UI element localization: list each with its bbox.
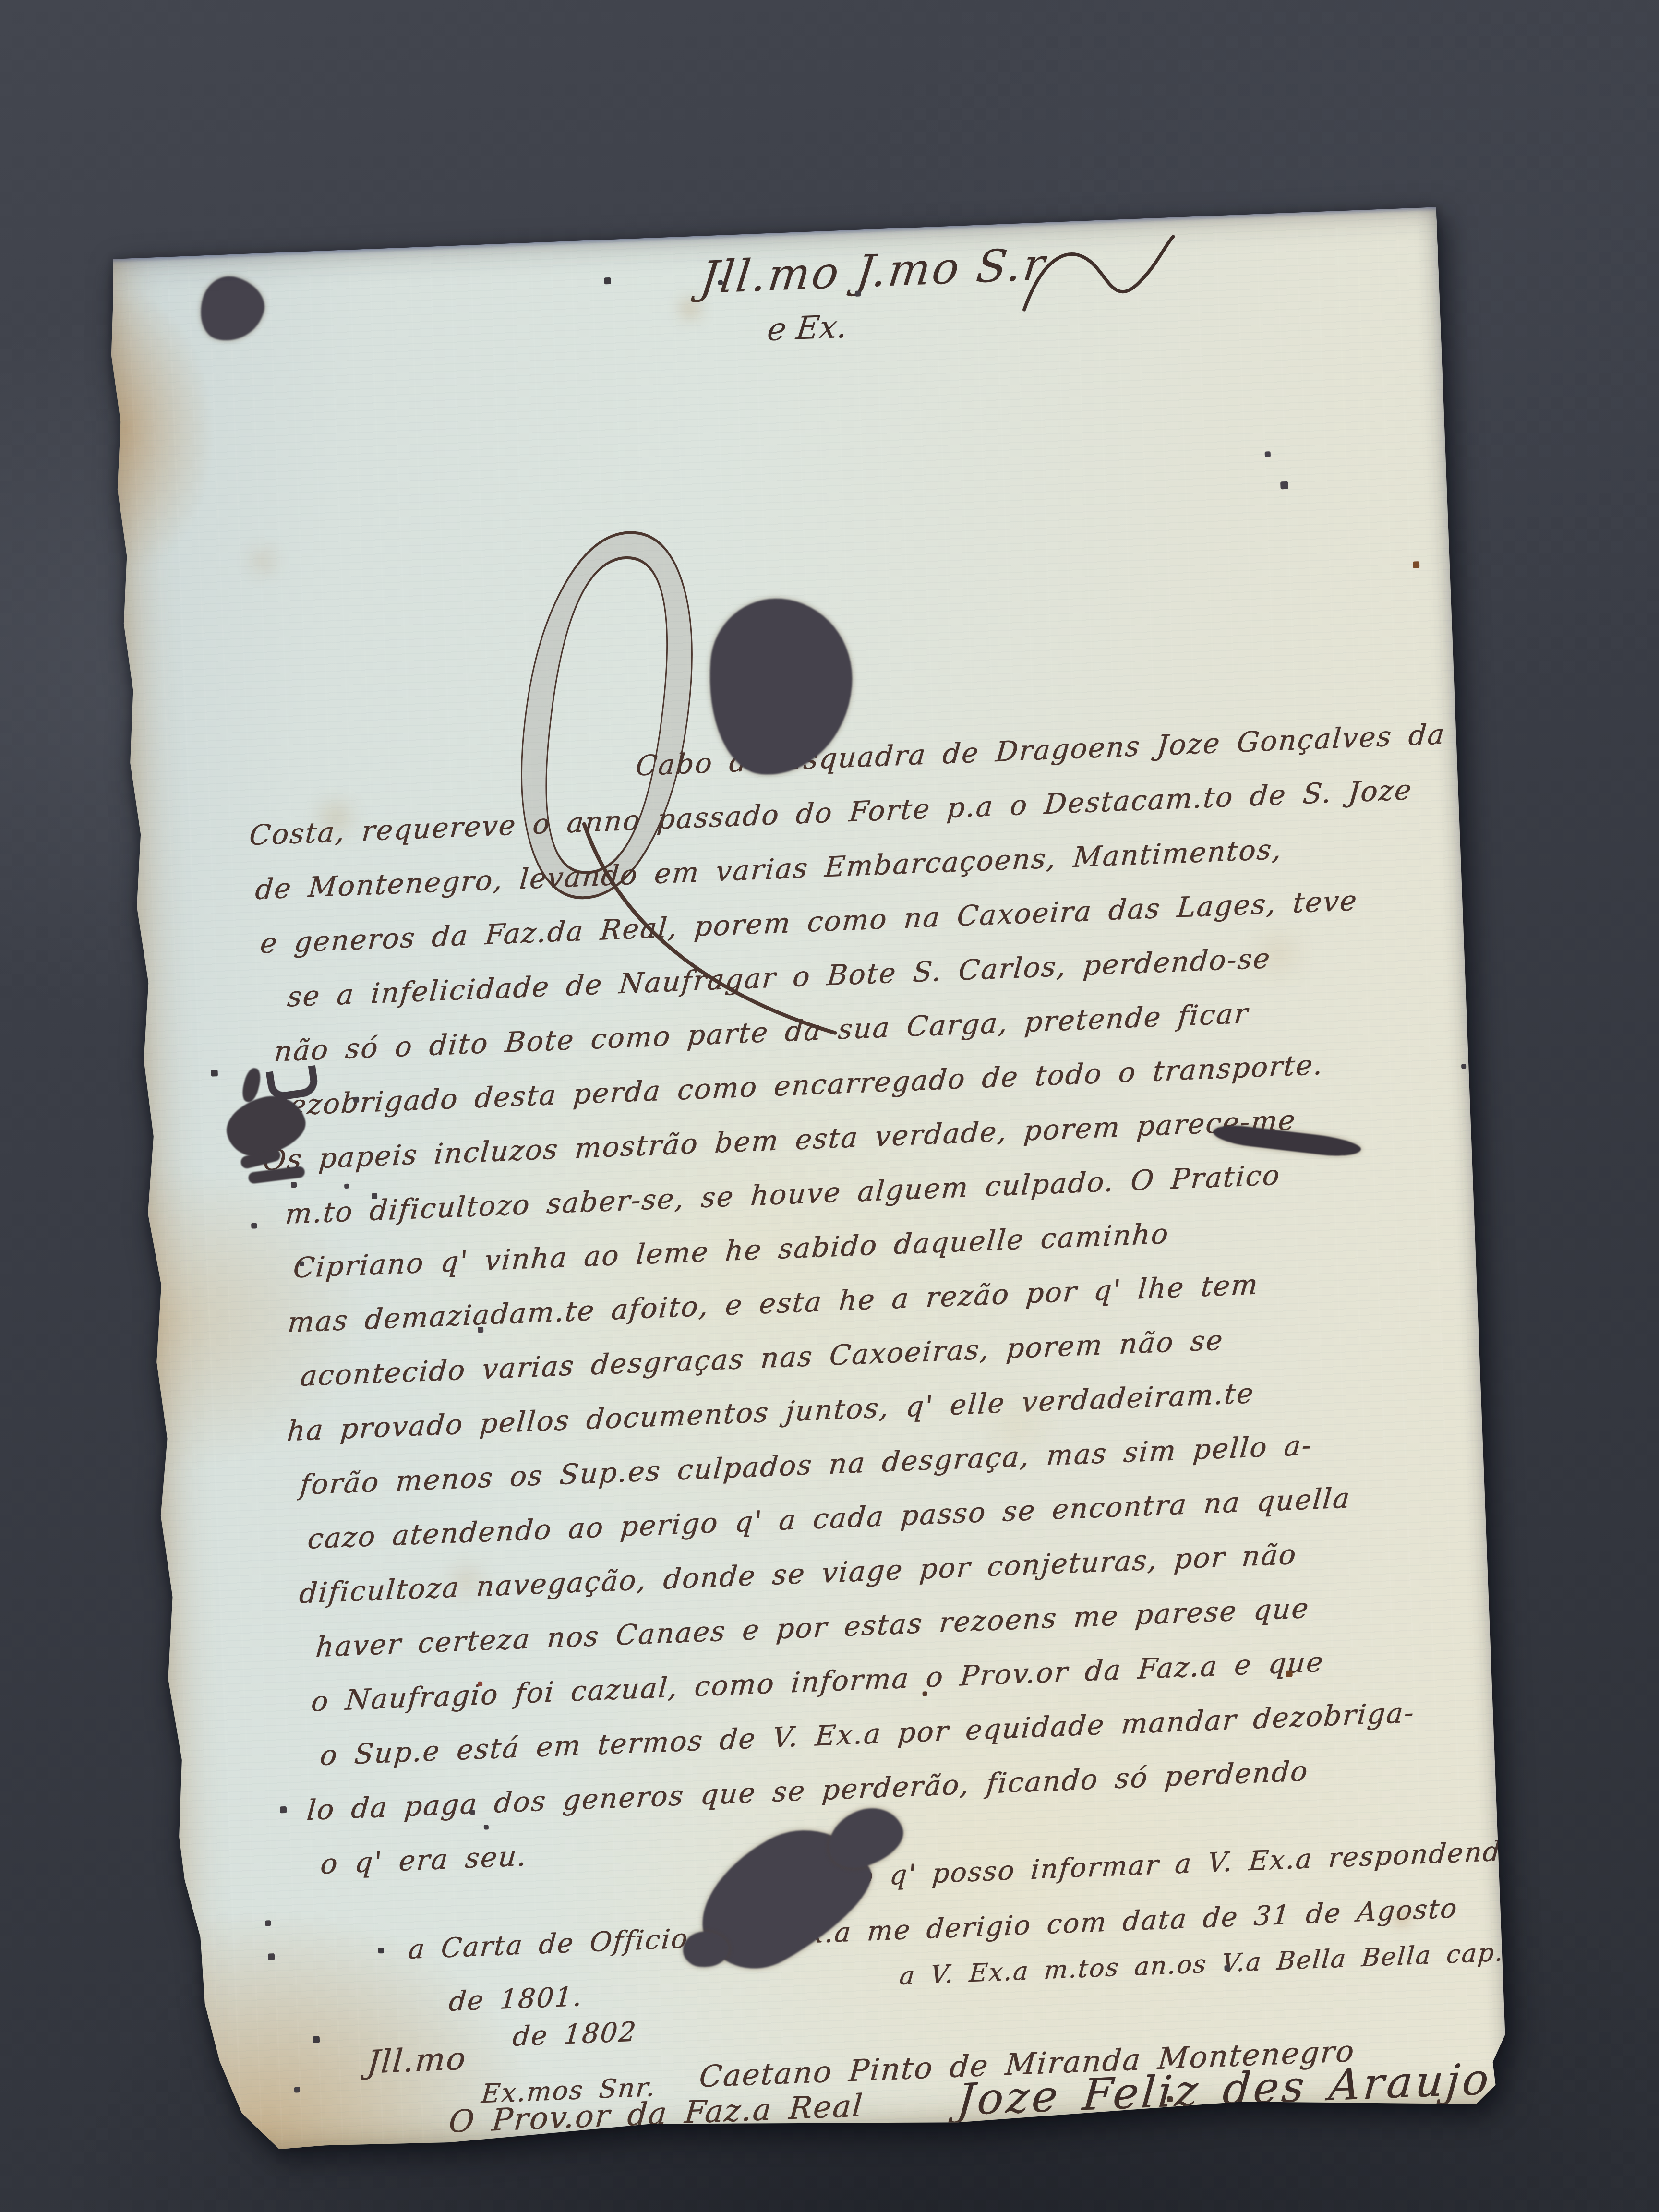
ink-specks bbox=[107, 259, 108, 260]
addressee-honorific-ill: Jll.mo bbox=[366, 2039, 468, 2081]
foxing-stains bbox=[107, 259, 108, 260]
manuscript-paper-wrap: Jll.mo J.mo S.r e Ex. O Cabo de Esquadra… bbox=[107, 259, 1437, 2156]
letter-body: Cabo de Esquadra de Dragoens Joze Gonçal… bbox=[246, 708, 1466, 1892]
salutation-line-2: e Ex. bbox=[766, 311, 849, 346]
salutation-flourish-icon bbox=[1019, 231, 1180, 329]
closing-date-1801: de 1801. bbox=[447, 1981, 584, 2018]
manuscript-page: Jll.mo J.mo S.r e Ex. O Cabo de Esquadra… bbox=[107, 207, 1511, 2155]
ink-blot-top-left bbox=[193, 270, 271, 349]
salutation-line-1: Jll.mo J.mo S.r bbox=[698, 242, 1049, 301]
closing-date-1802: de 1802 bbox=[511, 2016, 638, 2053]
photo-backdrop: Jll.mo J.mo S.r e Ex. O Cabo de Esquadra… bbox=[0, 0, 1659, 2212]
